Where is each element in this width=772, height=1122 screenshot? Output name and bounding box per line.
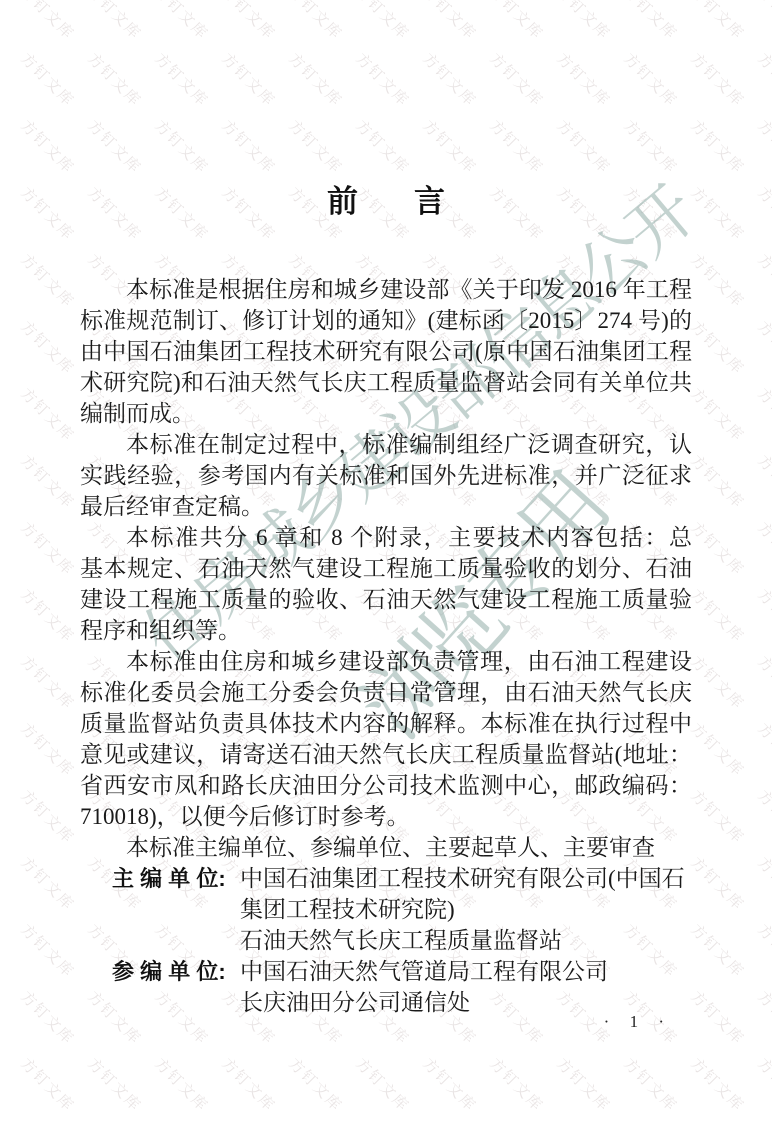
body-line: 建设工程施工质量的验收、石油天然气建设工程施工质量验收的 <box>80 584 692 615</box>
tile-watermark: 方钉文库 <box>687 986 750 1049</box>
tile-watermark: 方钉文库 <box>620 0 683 44</box>
credit-unit-line: 中国石油天然气管道局工程有限公司 <box>240 956 692 987</box>
credit-unit-line: 石油天然气长庆工程质量监督站 <box>240 925 692 956</box>
tile-watermark: 方钉文库 <box>754 584 772 647</box>
body-line: 程序和组织等。 <box>80 615 692 646</box>
tile-watermark: 方钉文库 <box>754 919 772 982</box>
tile-watermark: 方钉文库 <box>687 115 750 178</box>
body-line: 由中国石油集团工程技术研究有限公司(原中国石油集团工程技 <box>80 336 692 367</box>
tile-watermark: 方钉文库 <box>754 718 772 781</box>
tile-watermark: 方钉文库 <box>687 919 750 982</box>
body-line: 本标准由住房和城乡建设部负责管理，由石油工程建设专业 <box>80 646 692 677</box>
tile-watermark: 方钉文库 <box>754 450 772 513</box>
tile-watermark: 方钉文库 <box>151 1053 214 1116</box>
tile-watermark: 方钉文库 <box>352 48 415 111</box>
tile-watermark: 方钉文库 <box>352 115 415 178</box>
body-line: 本标准在制定过程中，标准编制组经广泛调查研究，认真总结 <box>80 429 692 460</box>
tile-watermark: 方钉文库 <box>17 718 80 781</box>
tile-watermark: 方钉文库 <box>687 517 750 580</box>
credit-unit: 主 编 单 位:中国石油集团工程技术研究有限公司(中国石油集团工程技术研究院)石… <box>80 863 692 956</box>
tile-watermark: 方钉文库 <box>17 651 80 714</box>
tile-watermark: 方钉文库 <box>17 383 80 446</box>
tile-watermark: 方钉文库 <box>687 0 750 44</box>
tile-watermark: 方钉文库 <box>84 48 147 111</box>
page-title: 前 言 <box>0 176 772 221</box>
tile-watermark: 方钉文库 <box>754 852 772 915</box>
tile-watermark: 方钉文库 <box>17 115 80 178</box>
tile-watermark: 方钉文库 <box>687 450 750 513</box>
tile-watermark: 方钉文库 <box>352 1053 415 1116</box>
tile-watermark: 方钉文库 <box>754 785 772 848</box>
tile-watermark: 方钉文库 <box>553 48 616 111</box>
tile-watermark: 方钉文库 <box>687 249 750 312</box>
tile-watermark: 方钉文库 <box>754 517 772 580</box>
tile-watermark: 方钉文库 <box>754 115 772 178</box>
tile-watermark: 方钉文库 <box>553 1053 616 1116</box>
tile-watermark: 方钉文库 <box>17 785 80 848</box>
credit-unit-label: 参 编 单 位: <box>112 956 226 987</box>
tile-watermark: 方钉文库 <box>419 1053 482 1116</box>
body-line: 实践经验，参考国内有关标准和国外先进标准，并广泛征求意见， <box>80 460 692 491</box>
tile-watermark: 方钉文库 <box>620 1053 683 1116</box>
body-line: 质量监督站负责具体技术内容的解释。本标准在执行过程中如有 <box>80 708 692 739</box>
tile-watermark: 方钉文库 <box>17 48 80 111</box>
body-line: 最后经审查定稿。 <box>80 491 692 522</box>
tile-watermark: 方钉文库 <box>754 1053 772 1116</box>
tile-watermark: 方钉文库 <box>754 383 772 446</box>
tile-watermark: 方钉文库 <box>17 249 80 312</box>
tile-watermark: 方钉文库 <box>687 852 750 915</box>
body-line: 术研究院)和石油天然气长庆工程质量监督站会同有关单位共同 <box>80 367 692 398</box>
tile-watermark: 方钉文库 <box>218 1053 281 1116</box>
tile-watermark: 方钉文库 <box>285 0 348 44</box>
body-line: 标准规范制订、修订计划的通知》(建标函〔2015〕274 号)的要求， <box>80 305 692 336</box>
tile-watermark: 方钉文库 <box>419 48 482 111</box>
body-line: 本标准共分 6 章和 8 个附录，主要技术内容包括：总则、术语、 <box>80 522 692 553</box>
tile-watermark: 方钉文库 <box>17 852 80 915</box>
tile-watermark: 方钉文库 <box>687 584 750 647</box>
tile-watermark: 方钉文库 <box>486 115 549 178</box>
tile-watermark: 方钉文库 <box>84 115 147 178</box>
tile-watermark: 方钉文库 <box>17 1053 80 1116</box>
tile-watermark: 方钉文库 <box>620 48 683 111</box>
tile-watermark: 方钉文库 <box>84 1053 147 1116</box>
body-line: 标准化委员会施工分委会负责日常管理，由石油天然气长庆工程 <box>80 677 692 708</box>
body-line: 意见或建议，请寄送石油天然气长庆工程质量监督站(地址：陕西 <box>80 739 692 770</box>
tile-watermark: 方钉文库 <box>687 651 750 714</box>
tile-watermark: 方钉文库 <box>754 316 772 379</box>
tile-watermark: 方钉文库 <box>687 1053 750 1116</box>
tile-watermark: 方钉文库 <box>218 0 281 44</box>
tile-watermark: 方钉文库 <box>17 986 80 1049</box>
tile-watermark: 方钉文库 <box>687 383 750 446</box>
body-line: 基本规定、石油天然气建设工程施工质量验收的划分、石油天然气 <box>80 553 692 584</box>
tile-watermark: 方钉文库 <box>419 115 482 178</box>
document-page: 方钉文库方钉文库方钉文库方钉文库方钉文库方钉文库方钉文库方钉文库方钉文库方钉文库… <box>0 0 772 1122</box>
tile-watermark: 方钉文库 <box>687 718 750 781</box>
tile-watermark: 方钉文库 <box>419 0 482 44</box>
tile-watermark: 方钉文库 <box>553 0 616 44</box>
tile-watermark: 方钉文库 <box>754 249 772 312</box>
tile-watermark: 方钉文库 <box>17 517 80 580</box>
tile-watermark: 方钉文库 <box>486 48 549 111</box>
tile-watermark: 方钉文库 <box>486 0 549 44</box>
document-body: 本标准是根据住房和城乡建设部《关于印发 2016 年工程建设标准规范制订、修订计… <box>80 274 692 1018</box>
tile-watermark: 方钉文库 <box>218 115 281 178</box>
body-line: 710018)，以便今后修订时参考。 <box>80 801 692 832</box>
body-line: 编制而成。 <box>80 398 692 429</box>
tile-watermark: 方钉文库 <box>687 48 750 111</box>
page-title-char: 言 <box>414 176 445 221</box>
body-line: 省西安市凤和路长庆油田分公司技术监测中心，邮政编码： <box>80 770 692 801</box>
tile-watermark: 方钉文库 <box>352 0 415 44</box>
body-line: 本标准是根据住房和城乡建设部《关于印发 2016 年工程建设 <box>80 274 692 305</box>
tile-watermark: 方钉文库 <box>754 651 772 714</box>
tile-watermark: 方钉文库 <box>84 0 147 44</box>
credit-unit-label: 主 编 单 位: <box>112 863 226 894</box>
credit-unit: 参 编 单 位:中国石油天然气管道局工程有限公司长庆油田分公司通信处 <box>80 956 692 1018</box>
tile-watermark: 方钉文库 <box>754 0 772 44</box>
tile-watermark: 方钉文库 <box>285 115 348 178</box>
tile-watermark: 方钉文库 <box>553 115 616 178</box>
tile-watermark: 方钉文库 <box>285 48 348 111</box>
credit-unit-line: 集团工程技术研究院) <box>240 894 692 925</box>
tile-watermark: 方钉文库 <box>151 115 214 178</box>
page-title-char: 前 <box>327 176 358 221</box>
tile-watermark: 方钉文库 <box>17 450 80 513</box>
tile-watermark: 方钉文库 <box>754 48 772 111</box>
body-line: 本标准主编单位、参编单位、主要起草人、主要审查人： <box>80 832 692 863</box>
tile-watermark: 方钉文库 <box>151 0 214 44</box>
page-number: · 1 · <box>604 1012 672 1032</box>
tile-watermark: 方钉文库 <box>17 316 80 379</box>
tile-watermark: 方钉文库 <box>754 986 772 1049</box>
tile-watermark: 方钉文库 <box>218 48 281 111</box>
tile-watermark: 方钉文库 <box>285 1053 348 1116</box>
credit-unit-line: 中国石油集团工程技术研究有限公司(中国石油 <box>240 863 692 894</box>
tile-watermark: 方钉文库 <box>687 785 750 848</box>
tile-watermark: 方钉文库 <box>17 919 80 982</box>
tile-watermark: 方钉文库 <box>17 584 80 647</box>
tile-watermark: 方钉文库 <box>17 0 80 44</box>
tile-watermark: 方钉文库 <box>486 1053 549 1116</box>
tile-watermark: 方钉文库 <box>687 316 750 379</box>
tile-watermark: 方钉文库 <box>151 48 214 111</box>
